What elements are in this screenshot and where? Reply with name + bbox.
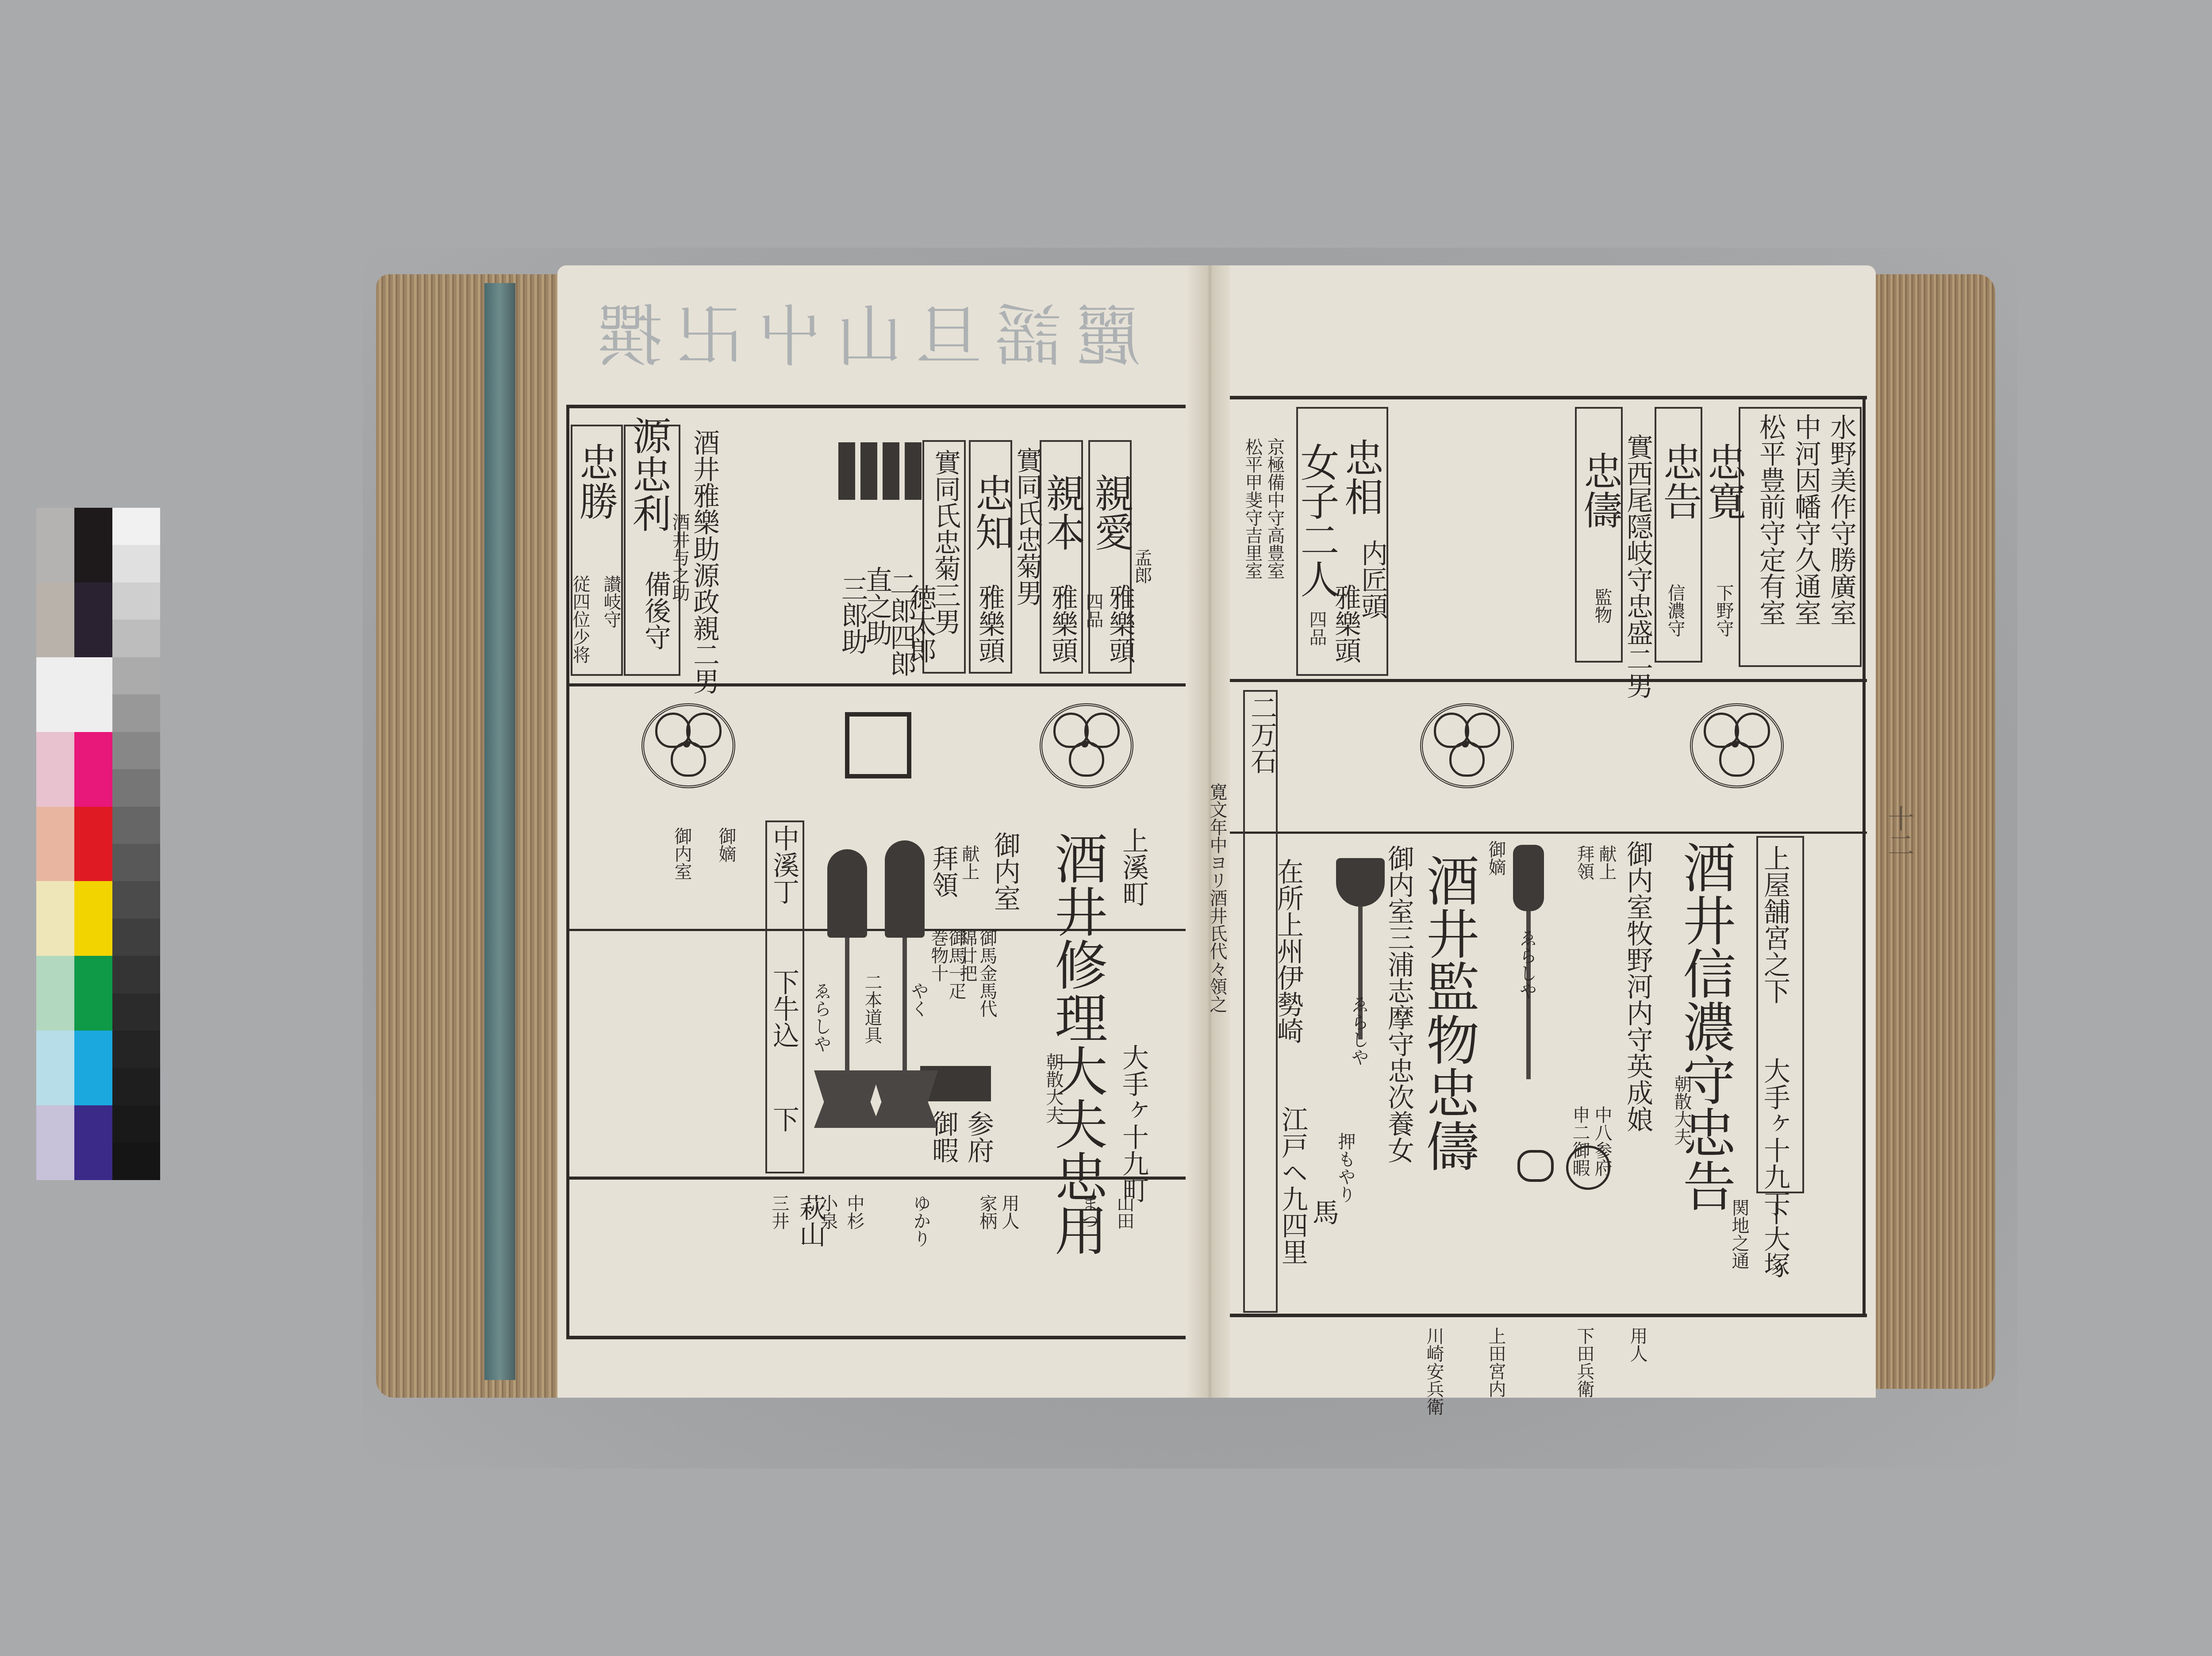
color-swatch (74, 508, 112, 583)
fore-edge-text: 十二 (1885, 805, 1912, 858)
book-block-right-edge: 十二 (1876, 274, 1995, 1389)
genealogy-title: 雅樂頭 (1106, 584, 1134, 663)
spear-label: 二本道具 (863, 973, 881, 1044)
spear-label: やく (909, 982, 928, 1017)
gray-step (112, 694, 160, 732)
genealogy-name: 實同氏忠菊男 (1013, 447, 1041, 606)
genealogy-name: 忠儔 (1579, 451, 1620, 529)
mansion: 下大塚 (1761, 1199, 1789, 1278)
open-book: 十二 麗謡旦山屮卍撰 忠勝 讃岐守 従四位少将 源忠利 備後守 酒井雅樂助源政親… (376, 265, 1995, 1398)
gray-step (112, 956, 160, 993)
color-swatch (36, 881, 74, 956)
retainer: 用人 (1000, 1194, 1018, 1230)
genealogy-name: 忠知 (971, 473, 1012, 551)
gray-scale-strip (112, 508, 160, 1180)
family-crest-icon (1690, 703, 1784, 788)
gray-step (112, 583, 160, 620)
mansion-lower-2: 下 (770, 1106, 798, 1132)
color-calibration-chart (36, 508, 160, 1180)
received-3: 御馬一疋 (947, 929, 965, 1000)
spear-label: 押もやり (1336, 1132, 1355, 1203)
genealogy-title: 孟郎 (1133, 548, 1151, 584)
color-swatch (74, 1105, 112, 1180)
genealogy-wife: 松平甲斐守吉里室 (1243, 438, 1262, 579)
heir: 御嫡 (717, 827, 735, 862)
retainer: 上田宮内 (1486, 1327, 1505, 1398)
gray-step (112, 732, 160, 769)
color-swatch (36, 1031, 74, 1105)
gray-step (112, 1142, 160, 1180)
heir: 御嫡 (1486, 840, 1505, 876)
color-swatch (74, 732, 112, 807)
event-sankin: 参府 (964, 1110, 992, 1163)
color-swatch (74, 881, 112, 956)
genealogy-title: 讃岐守 (602, 575, 620, 628)
genealogy-name: 忠相 (1340, 438, 1381, 516)
received: 拜領 (1575, 845, 1594, 880)
genealogy-rank: 四品 (1084, 593, 1102, 628)
genealogy-title: 監物 (1593, 588, 1611, 624)
book-block-left-edge (376, 274, 562, 1398)
color-swatch (36, 583, 74, 657)
retainer: 中杉 (845, 1194, 864, 1230)
retainer: 三井 (770, 1194, 788, 1230)
genealogy-name: 酒井雅樂助源政親二男 (690, 429, 718, 694)
wife: 御内室牧野河内守英成娘 (1624, 840, 1651, 1132)
gray-step (112, 881, 160, 918)
gray-step (112, 545, 160, 582)
genealogy-wife: 松平豊前守定有室 (1756, 414, 1784, 626)
gray-step (112, 844, 160, 881)
mansion-lower: 下牛込 (770, 969, 798, 1048)
genealogy-title: 雅樂頭 (1048, 584, 1076, 663)
gray-step (112, 508, 160, 545)
retainer: まつ (1079, 1194, 1098, 1230)
family-crest-icon (1420, 703, 1514, 788)
gray-step (112, 919, 160, 956)
top-rule (1230, 396, 1867, 399)
genealogy-note: 酒井与之助 (670, 513, 689, 602)
gray-step (112, 620, 160, 657)
wife-2: 御内室三浦志摩守忠次養女 (1385, 845, 1413, 1163)
genealogy-title: 備後守 (641, 571, 669, 650)
color-swatch (36, 508, 74, 583)
retainer: 下田兵衛 (1575, 1327, 1594, 1398)
color-swatch (36, 732, 74, 807)
right-border (1863, 396, 1866, 1316)
spear-label: ゑらしや (1349, 995, 1368, 1066)
family-crest-icon (1040, 703, 1133, 788)
retainer: 山田 (1115, 1194, 1133, 1230)
entry-rule (1230, 832, 1867, 834)
gray-step (112, 1031, 160, 1068)
genealogy-name: 忠告 (1659, 442, 1700, 520)
gray-step (112, 657, 160, 694)
genealogy-title: 雅樂頭 (975, 584, 1003, 663)
residence: 上溪町 (1119, 827, 1147, 907)
retainer: 家柄 (978, 1194, 996, 1230)
gray-step (112, 807, 160, 844)
showthrough-header: 麗謡旦山屮卍撰 (584, 283, 1141, 379)
wife-2: 御内室 (672, 827, 691, 880)
coin-crest-icon (1566, 1146, 1610, 1190)
color-swatch (36, 956, 74, 1031)
genealogy-title: 信濃守 (1666, 584, 1684, 637)
color-swatch (74, 807, 112, 882)
court-rank: 朝散大夫 (1672, 1075, 1691, 1146)
genealogy-title: 下野守 (1714, 584, 1733, 637)
court-rank: 朝散大夫 (1044, 1053, 1063, 1123)
genealogy-office: 内匠頭 (1358, 540, 1386, 619)
mid-rule (566, 683, 1190, 686)
mansion-middle: 中溪丁 (770, 825, 798, 905)
color-swatch (74, 583, 112, 657)
genealogy-note: 徳太郎 (907, 584, 935, 663)
right-page: 水野美作守勝廣室 中河因幡守久通室 松平豊前守定有室 忠寛 下野守 忠告 信濃守… (1230, 265, 1876, 1398)
color-swatch (74, 956, 112, 1031)
gray-step (112, 1068, 160, 1105)
genealogy-name: 源忠利 (628, 416, 669, 533)
retainer: 小泉 (818, 1194, 837, 1230)
gray-step (112, 1105, 160, 1142)
banner-stand-icon (845, 712, 911, 778)
genealogy-name: 忠勝 (575, 442, 616, 520)
retainer: ゆかり (911, 1194, 930, 1247)
redacted-block (883, 442, 899, 500)
genealogy-name: 忠寛 (1703, 442, 1744, 520)
tribute-1: 献上 (960, 845, 979, 880)
left-page: 麗謡旦山屮卍撰 忠勝 讃岐守 従四位少将 源忠利 備後守 酒井雅樂助源政親二男 … (557, 265, 1190, 1398)
retainer: 川崎安兵衛 (1425, 1327, 1443, 1415)
genealogy-name: 親愛 (1091, 473, 1131, 551)
color-swatch (36, 1105, 74, 1180)
emblem-icon (1517, 1150, 1554, 1182)
color-swatch (36, 657, 74, 732)
gray-step (112, 769, 160, 806)
gray-step (112, 993, 160, 1031)
fief: 在所上州伊勢崎 (1274, 858, 1302, 1044)
wife: 御内室 (991, 832, 1019, 911)
color-swatch (74, 1031, 112, 1105)
genealogy-name: 親本 (1042, 473, 1083, 551)
genealogy-wife: 中河因幡守久通室 (1792, 414, 1820, 626)
genealogy-box (1575, 407, 1623, 663)
genealogy-rank: 四品 (1307, 610, 1326, 646)
history: 寛文年中ヨリ酒井氏代々領之 (1208, 783, 1226, 1013)
family-crest-icon (641, 703, 735, 788)
stipend: 二万石 (1248, 694, 1275, 774)
horse-label: 馬 (1310, 1199, 1337, 1225)
redacted-block (905, 442, 922, 500)
daimyo-name: 酒井信濃守忠告 (1677, 840, 1732, 1212)
genealogy-name: 實西尾隠岐守忠盛二男 (1624, 433, 1651, 699)
foot-rule (566, 1336, 1190, 1339)
distance-to-edo: 江戸ヘ九四里 (1279, 1106, 1306, 1265)
tribute: 献上 (1597, 845, 1616, 880)
residence-distance: 大手ヶ十九町 (1119, 1044, 1147, 1203)
daimyo-name-2: 酒井監物忠儔 (1420, 854, 1476, 1172)
left-border (566, 405, 569, 1338)
genealogy-wife: 京極備中守高豊室 (1265, 438, 1284, 579)
residence-distance: 大手ヶ十九丁 (1761, 1057, 1789, 1216)
mansion: 関地之通 (1730, 1199, 1748, 1269)
genealogy-rank: 従四位少将 (571, 575, 589, 663)
retainer: 用人 (1628, 1327, 1647, 1362)
redacted-block (860, 442, 877, 500)
residence: 上屋舗宮之下 (1761, 845, 1789, 1004)
daimyo-name: 酒井修理大夫忠用 (1048, 832, 1104, 1256)
tribute-3: 御馬金馬代 (978, 929, 996, 1017)
spear-label: ゑらしや (812, 982, 830, 1053)
spine-cloth (484, 283, 515, 1380)
color-swatch (36, 807, 74, 882)
top-rule (566, 405, 1190, 408)
redacted-block (838, 442, 855, 500)
bottom-rule (1230, 1314, 1867, 1317)
genealogy-wife: 水野美作守勝廣室 (1827, 414, 1855, 626)
genealogy-name: 女子二人 (1296, 442, 1337, 598)
color-swatch (74, 657, 112, 732)
mid-rule (1230, 679, 1867, 682)
spear-label: ゑらしや (1517, 929, 1536, 1000)
